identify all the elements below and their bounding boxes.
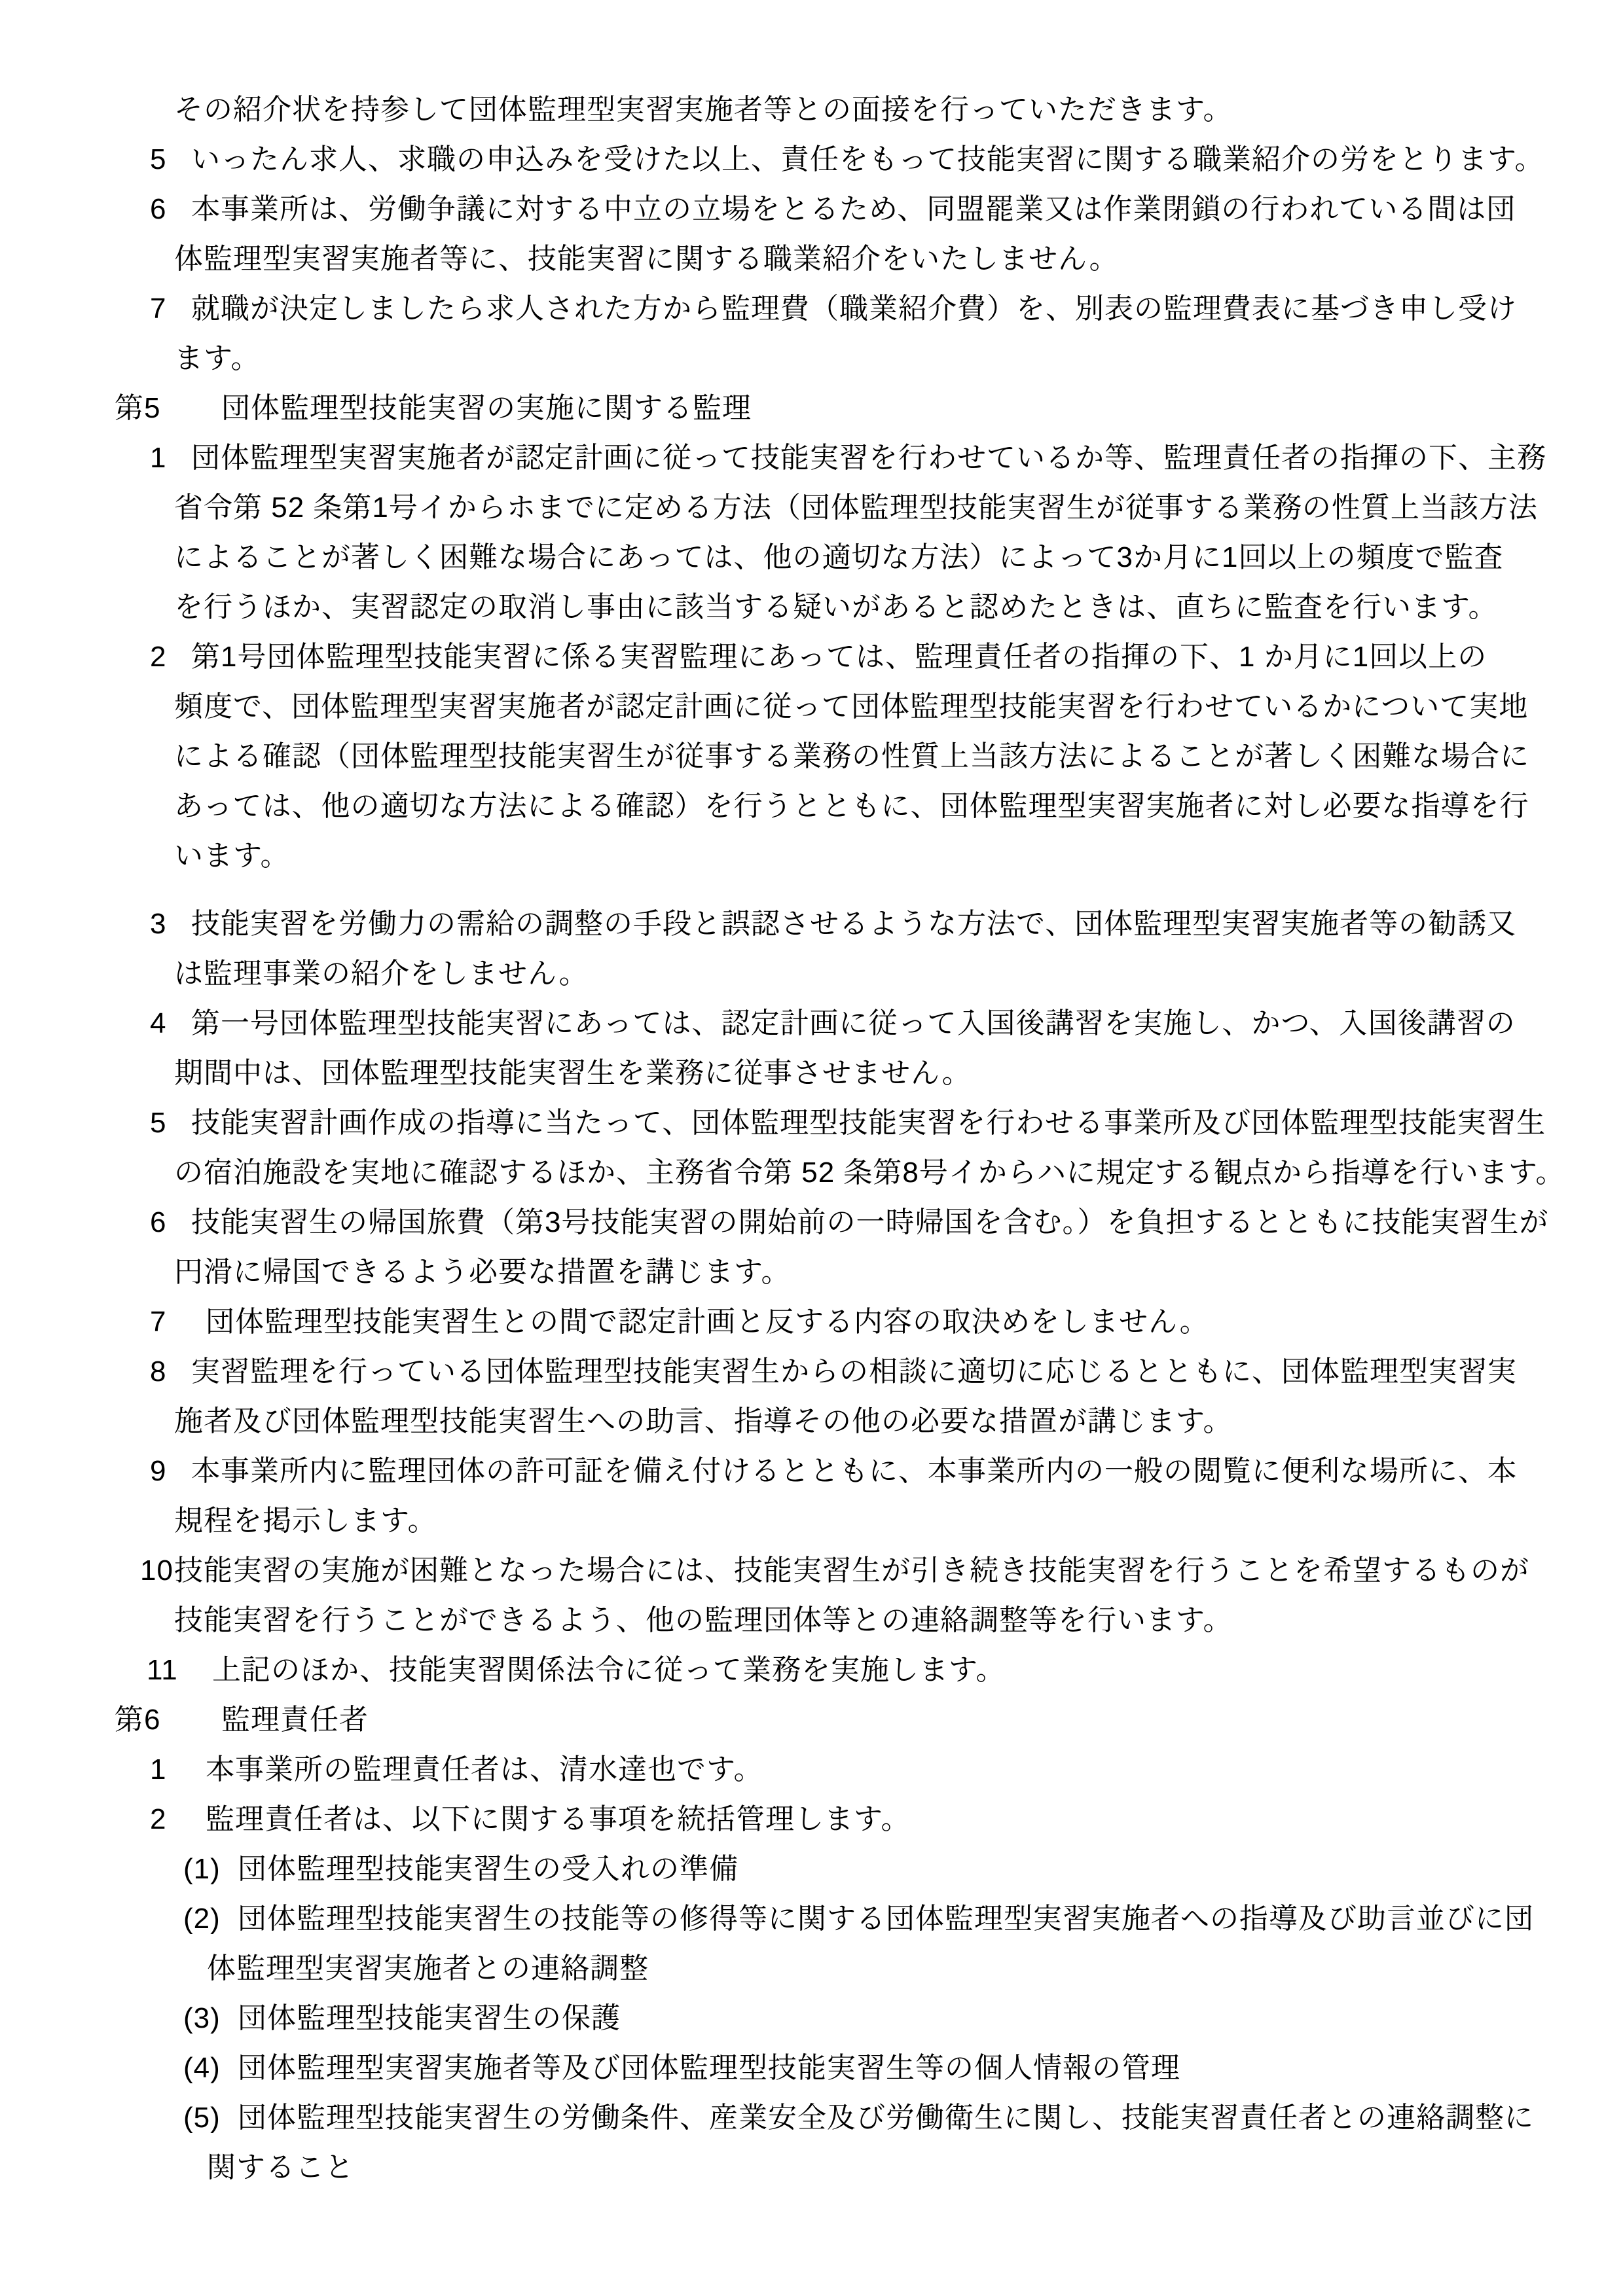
line-text: 団体監理型実習実施者等及び団体監理型技能実習生等の個人情報の管理	[238, 2043, 1180, 2093]
text-line-item: 1本事業所の監理責任者は、清水達也です。	[0, 1745, 1623, 1795]
text-line: 体監理型実習実施者等に、技能実習に関する職業紹介をいたしません。	[0, 234, 1623, 284]
item-marker: 2	[150, 632, 191, 682]
text-line-item: 7団体監理型技能実習生との間で認定計画と反する内容の取決めをしません。	[0, 1297, 1623, 1347]
item-marker: 8	[150, 1347, 191, 1397]
line-text: 頻度で、団体監理型実習実施者が認定計画に従って団体監理型技能実習を行わせているか…	[174, 682, 1528, 732]
item-marker: (4)	[183, 2043, 238, 2093]
text-line: ます。	[0, 334, 1623, 384]
item-marker: 第5	[115, 384, 221, 433]
line-text: 本事業所内に監理団体の許可証を備え付けるとともに、本事業所内の一般の閲覧に便利な…	[191, 1446, 1517, 1496]
item-marker: 11	[147, 1645, 212, 1695]
text-line: 規程を掲示します。	[0, 1496, 1623, 1546]
item-marker: 1	[150, 1745, 206, 1795]
item-marker: 3	[150, 899, 191, 949]
line-text: 技能実習計画作成の指導に当たって、団体監理型技能実習を行わせる事業所及び団体監理…	[191, 1098, 1546, 1148]
item-marker: 6	[150, 1198, 191, 1247]
item-marker: 5	[150, 135, 191, 185]
line-text: 関すること	[207, 2143, 354, 2193]
text-line-item: 2監理責任者は、以下に関する事項を統括管理します。	[0, 1795, 1623, 1844]
item-marker: 10	[140, 1546, 174, 1596]
text-line: 期間中は、団体監理型技能実習生を業務に従事させません。	[0, 1049, 1623, 1098]
text-line-item: (3)団体監理型技能実習生の保護	[0, 1994, 1623, 2043]
text-line: 頻度で、団体監理型実習実施者が認定計画に従って団体監理型技能実習を行わせているか…	[0, 682, 1623, 732]
item-marker: (5)	[183, 2093, 238, 2143]
text-line-item: 6本事業所は、労働争議に対する中立の立場をとるため、同盟罷業又は作業閉鎖の行われ…	[0, 185, 1623, 234]
text-line-item: 10技能実習の実施が困難となった場合には、技能実習生が引き続き技能実習を行うこと…	[0, 1546, 1623, 1596]
text-line-item: 11上記のほか、技能実習関係法令に従って業務を実施します。	[0, 1645, 1623, 1695]
text-line-item: 5技能実習計画作成の指導に当たって、団体監理型技能実習を行わせる事業所及び団体監…	[0, 1098, 1623, 1148]
text-line: 施者及び団体監理型技能実習生への助言、指導その他の必要な措置が講じます。	[0, 1397, 1623, 1446]
line-text: 就職が決定しましたら求人された方から監理費（職業紹介費）を、別表の監理費表に基づ…	[191, 284, 1517, 334]
line-text: 団体監理型技能実習生の技能等の修得等に関する団体監理型実習実施者への指導及び助言…	[238, 1894, 1534, 1944]
item-marker: 9	[150, 1446, 191, 1496]
text-line: 技能実習を行うことができるよう、他の監理団体等との連絡調整等を行います。	[0, 1596, 1623, 1645]
line-text: 団体監理型実習実施者が認定計画に従って技能実習を行わせているか等、監理責任者の指…	[191, 433, 1546, 483]
text-line-item: (5)団体監理型技能実習生の労働条件、産業安全及び労働衛生に関し、技能実習責任者…	[0, 2093, 1623, 2143]
line-text: 監理責任者は、以下に関する事項を統括管理します。	[206, 1795, 910, 1844]
text-line-item: (2)団体監理型技能実習生の技能等の修得等に関する団体監理型実習実施者への指導及…	[0, 1894, 1623, 1944]
item-marker: (3)	[183, 1994, 238, 2043]
item-marker: (2)	[183, 1894, 238, 1944]
item-marker: 7	[150, 1297, 206, 1347]
text-line-item: (4)団体監理型実習実施者等及び団体監理型技能実習生等の個人情報の管理	[0, 2043, 1623, 2093]
line-text: 団体監理型技能実習生の受入れの準備	[238, 1844, 739, 1894]
item-marker: (1)	[183, 1844, 238, 1894]
line-text: 技能実習を行うことができるよう、他の監理団体等との連絡調整等を行います。	[174, 1596, 1232, 1645]
text-line: 省令第 52 条第1号イからホまでに定める方法（団体監理型技能実習生が従事する業…	[0, 483, 1623, 533]
item-marker: 5	[150, 1098, 191, 1148]
line-text: 技能実習を労働力の需給の調整の手段と誤認させるような方法で、団体監理型実習実施者…	[191, 899, 1516, 949]
text-line: による確認（団体監理型技能実習生が従事する業務の性質上当該方法によることが著しく…	[0, 732, 1623, 781]
item-marker: 7	[150, 284, 191, 334]
text-line: あっては、他の適切な方法による確認）を行うとともに、団体監理型実習実施者に対し必…	[0, 781, 1623, 831]
line-text: 規程を掲示します。	[174, 1496, 437, 1546]
text-line-item: 4第一号団体監理型技能実習にあっては、認定計画に従って入国後講習を実施し、かつ、…	[0, 999, 1623, 1049]
text-line-item: 第5団体監理型技能実習の実施に関する監理	[0, 384, 1623, 433]
text-line-item: 6技能実習生の帰国旅費（第3号技能実習の開始前の一時帰国を含む。）を負担するとと…	[0, 1198, 1623, 1247]
text-line: その紹介状を持参して団体監理型実習実施者等との面接を行っていただきます。	[0, 85, 1623, 135]
text-line-item: 7就職が決定しましたら求人された方から監理費（職業紹介費）を、別表の監理費表に基…	[0, 284, 1623, 334]
text-line: を行うほか、実習認定の取消し事由に該当する疑いがあると認めたときは、直ちに監査を…	[0, 583, 1623, 632]
line-text: 団体監理型技能実習生の労働条件、産業安全及び労働衛生に関し、技能実習責任者との連…	[238, 2093, 1534, 2143]
text-line-item: 9本事業所内に監理団体の許可証を備え付けるとともに、本事業所内の一般の閲覧に便利…	[0, 1446, 1623, 1496]
item-marker: 第6	[115, 1695, 221, 1745]
line-text: による確認（団体監理型技能実習生が従事する業務の性質上当該方法によることが著しく…	[174, 732, 1529, 781]
line-text: あっては、他の適切な方法による確認）を行うとともに、団体監理型実習実施者に対し必…	[174, 781, 1529, 831]
line-text: 団体監理型技能実習生の保護	[238, 1994, 621, 2043]
line-text: 体監理型実習実施者との連絡調整	[207, 1944, 649, 1994]
line-text: 施者及び団体監理型技能実習生への助言、指導その他の必要な措置が講じます。	[174, 1397, 1232, 1446]
line-text: の宿泊施設を実地に確認するほか、主務省令第 52 条第8号イからハに規定する観点…	[174, 1148, 1565, 1198]
line-text: います。	[174, 831, 289, 881]
line-text: 団体監理型技能実習生との間で認定計画と反する内容の取決めをしません。	[206, 1297, 1209, 1347]
text-line: の宿泊施設を実地に確認するほか、主務省令第 52 条第8号イからハに規定する観点…	[0, 1148, 1623, 1198]
item-marker: 2	[150, 1795, 206, 1844]
document-body: その紹介状を持参して団体監理型実習実施者等との面接を行っていただきます。5いった…	[0, 85, 1623, 2193]
text-line-item: 5いったん求人、求職の申込みを受けた以上、責任をもって技能実習に関する職業紹介の…	[0, 135, 1623, 185]
text-line-item: (1)団体監理型技能実習生の受入れの準備	[0, 1844, 1623, 1894]
item-marker: 6	[150, 185, 191, 234]
line-text: 監理責任者	[221, 1695, 369, 1745]
line-text: いったん求人、求職の申込みを受けた以上、責任をもって技能実習に関する職業紹介の労…	[191, 135, 1544, 185]
line-text: は監理事業の紹介をしません。	[174, 949, 589, 999]
text-line: 体監理型実習実施者との連絡調整	[0, 1944, 1623, 1994]
text-line: 円滑に帰国できるよう必要な措置を講じます。	[0, 1247, 1623, 1297]
item-marker: 4	[150, 999, 191, 1049]
item-marker: 1	[150, 433, 191, 483]
text-line: 関すること	[0, 2143, 1623, 2193]
line-text: 技能実習生の帰国旅費（第3号技能実習の開始前の一時帰国を含む。）を負担するととも…	[191, 1198, 1548, 1247]
line-text: を行うほか、実習認定の取消し事由に該当する疑いがあると認めたときは、直ちに監査を…	[174, 583, 1497, 632]
line-text: その紹介状を持参して団体監理型実習実施者等との面接を行っていただきます。	[174, 85, 1232, 135]
text-line-item: 第6監理責任者	[0, 1695, 1623, 1745]
line-text: 体監理型実習実施者等に、技能実習に関する職業紹介をいたしません。	[174, 234, 1119, 284]
line-text: 円滑に帰国できるよう必要な措置を講じます。	[174, 1247, 790, 1297]
text-line: によることが著しく困難な場合にあっては、他の適切な方法）によって3か月に1回以上…	[0, 533, 1623, 583]
document-page: その紹介状を持参して団体監理型実習実施者等との面接を行っていただきます。5いった…	[0, 0, 1623, 2296]
text-line-item: 3技能実習を労働力の需給の調整の手段と誤認させるような方法で、団体監理型実習実施…	[0, 899, 1623, 949]
line-text: 省令第 52 条第1号イからホまでに定める方法（団体監理型技能実習生が従事する業…	[174, 483, 1538, 533]
line-text: 期間中は、団体監理型技能実習生を業務に従事させません。	[174, 1049, 972, 1098]
line-text: 本事業所は、労働争議に対する中立の立場をとるため、同盟罷業又は作業閉鎖の行われて…	[191, 185, 1516, 234]
line-text: 第一号団体監理型技能実習にあっては、認定計画に従って入国後講習を実施し、かつ、入…	[191, 999, 1516, 1049]
text-line: います。	[0, 831, 1623, 881]
line-text: によることが著しく困難な場合にあっては、他の適切な方法）によって3か月に1回以上…	[174, 533, 1504, 583]
line-text: 実習監理を行っている団体監理型技能実習生からの相談に適切に応じるとともに、団体監…	[191, 1347, 1517, 1397]
line-text: 本事業所の監理責任者は、清水達也です。	[206, 1745, 763, 1795]
line-text: 上記のほか、技能実習関係法令に従って業務を実施します。	[212, 1645, 1005, 1695]
text-line: は監理事業の紹介をしません。	[0, 949, 1623, 999]
text-line-item: 2第1号団体監理型技能実習に係る実習監理にあっては、監理責任者の指揮の下、1 か…	[0, 632, 1623, 682]
text-line-item: 8実習監理を行っている団体監理型技能実習生からの相談に適切に応じるとともに、団体…	[0, 1347, 1623, 1397]
line-text: 第1号団体監理型技能実習に係る実習監理にあっては、監理責任者の指揮の下、1 か月…	[191, 632, 1487, 682]
text-line-item: 1団体監理型実習実施者が認定計画に従って技能実習を行わせているか等、監理責任者の…	[0, 433, 1623, 483]
line-text: 団体監理型技能実習の実施に関する監理	[221, 384, 752, 433]
line-text: ます。	[174, 334, 260, 384]
line-text: 技能実習の実施が困難となった場合には、技能実習生が引き続き技能実習を行うことを希…	[174, 1546, 1529, 1596]
